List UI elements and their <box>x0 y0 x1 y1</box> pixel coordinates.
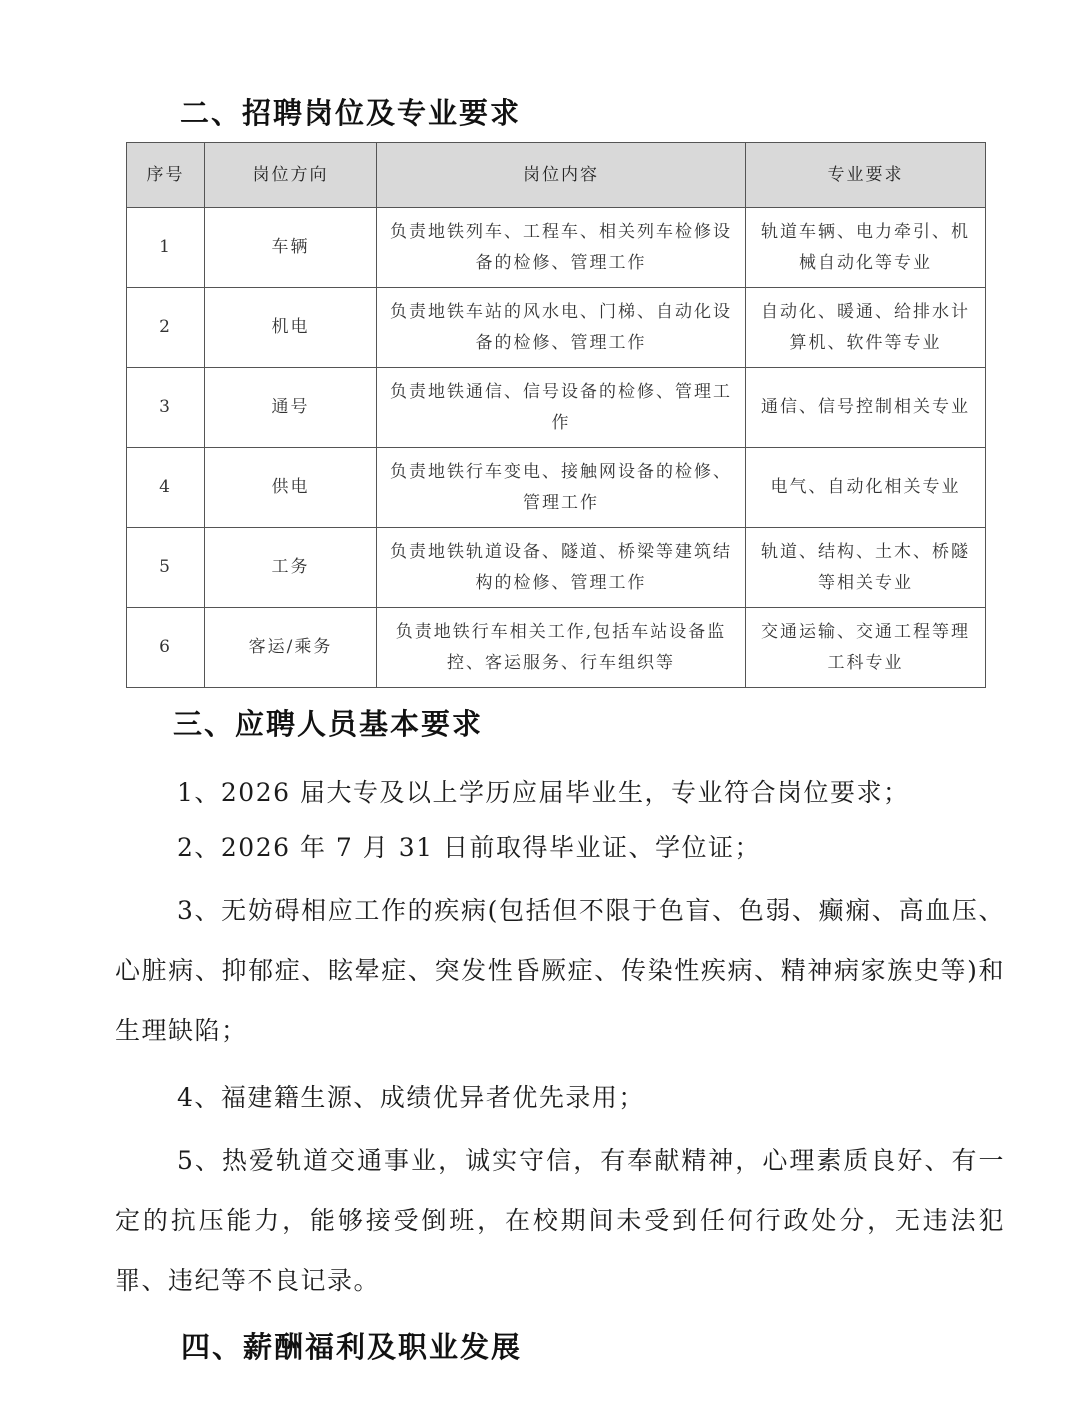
section-heading-compensation: 四、薪酬福利及职业发展 <box>181 1325 522 1366</box>
cell-content: 负责地铁行车变电、接触网设备的检修、管理工作 <box>377 448 746 528</box>
table-row: 3 通号 负责地铁通信、信号设备的检修、管理工作 通信、信号控制相关专业 <box>127 368 986 448</box>
cell-no: 1 <box>127 208 205 288</box>
table-row: 2 机电 负责地铁车站的风水电、门梯、自动化设备的检修、管理工作 自动化、暖通、… <box>127 288 986 368</box>
column-header-direction: 岗位方向 <box>205 143 377 208</box>
cell-no: 6 <box>127 608 205 688</box>
cell-major: 轨道车辆、电力牵引、机械自动化等专业 <box>746 208 986 288</box>
cell-no: 4 <box>127 448 205 528</box>
section-heading-positions: 二、招聘岗位及专业要求 <box>180 91 521 132</box>
table-row: 6 客运/乘务 负责地铁行车相关工作,包括车站设备监控、客运服务、行车组织等 交… <box>127 608 986 688</box>
column-header-content: 岗位内容 <box>377 143 746 208</box>
cell-direction: 工务 <box>205 528 377 608</box>
positions-table: 序号 岗位方向 岗位内容 专业要求 1 车辆 负责地铁列车、工程车、相关列车检修… <box>126 142 986 688</box>
cell-direction: 机电 <box>205 288 377 368</box>
cell-content: 负责地铁车站的风水电、门梯、自动化设备的检修、管理工作 <box>377 288 746 368</box>
cell-no: 3 <box>127 368 205 448</box>
cell-major: 通信、信号控制相关专业 <box>746 368 986 448</box>
cell-direction: 通号 <box>205 368 377 448</box>
table-row: 5 工务 负责地铁轨道设备、隧道、桥梁等建筑结构的检修、管理工作 轨道、结构、土… <box>127 528 986 608</box>
column-header-major: 专业要求 <box>746 143 986 208</box>
cell-no: 5 <box>127 528 205 608</box>
requirement-item-2: 2、2026 年 7 月 31 日前取得毕业证、学位证； <box>115 818 1005 878</box>
cell-direction: 车辆 <box>205 208 377 288</box>
cell-direction: 供电 <box>205 448 377 528</box>
requirement-item-5: 5、热爱轨道交通事业，诚实守信，有奉献精神，心理素质良好、有一定的抗压能力，能够… <box>115 1131 1005 1311</box>
cell-major: 交通运输、交通工程等理工科专业 <box>746 608 986 688</box>
cell-major: 轨道、结构、土木、桥隧等相关专业 <box>746 528 986 608</box>
requirement-item-4: 4、福建籍生源、成绩优异者优先录用； <box>115 1068 1005 1128</box>
table-row: 1 车辆 负责地铁列车、工程车、相关列车检修设备的检修、管理工作 轨道车辆、电力… <box>127 208 986 288</box>
cell-content: 负责地铁轨道设备、隧道、桥梁等建筑结构的检修、管理工作 <box>377 528 746 608</box>
cell-content: 负责地铁行车相关工作,包括车站设备监控、客运服务、行车组织等 <box>377 608 746 688</box>
table-row: 4 供电 负责地铁行车变电、接触网设备的检修、管理工作 电气、自动化相关专业 <box>127 448 986 528</box>
column-header-no: 序号 <box>127 143 205 208</box>
cell-content: 负责地铁列车、工程车、相关列车检修设备的检修、管理工作 <box>377 208 746 288</box>
cell-major: 自动化、暖通、给排水计算机、软件等专业 <box>746 288 986 368</box>
cell-content: 负责地铁通信、信号设备的检修、管理工作 <box>377 368 746 448</box>
cell-direction: 客运/乘务 <box>205 608 377 688</box>
requirement-item-1: 1、2026 届大专及以上学历应届毕业生，专业符合岗位要求； <box>115 763 1005 823</box>
table-header-row: 序号 岗位方向 岗位内容 专业要求 <box>127 143 986 208</box>
requirement-item-3: 3、无妨碍相应工作的疾病(包括但不限于色盲、色弱、癫痫、高血压、心脏病、抑郁症、… <box>115 881 1005 1061</box>
cell-major: 电气、自动化相关专业 <box>746 448 986 528</box>
cell-no: 2 <box>127 288 205 368</box>
section-heading-requirements: 三、应聘人员基本要求 <box>173 702 483 743</box>
